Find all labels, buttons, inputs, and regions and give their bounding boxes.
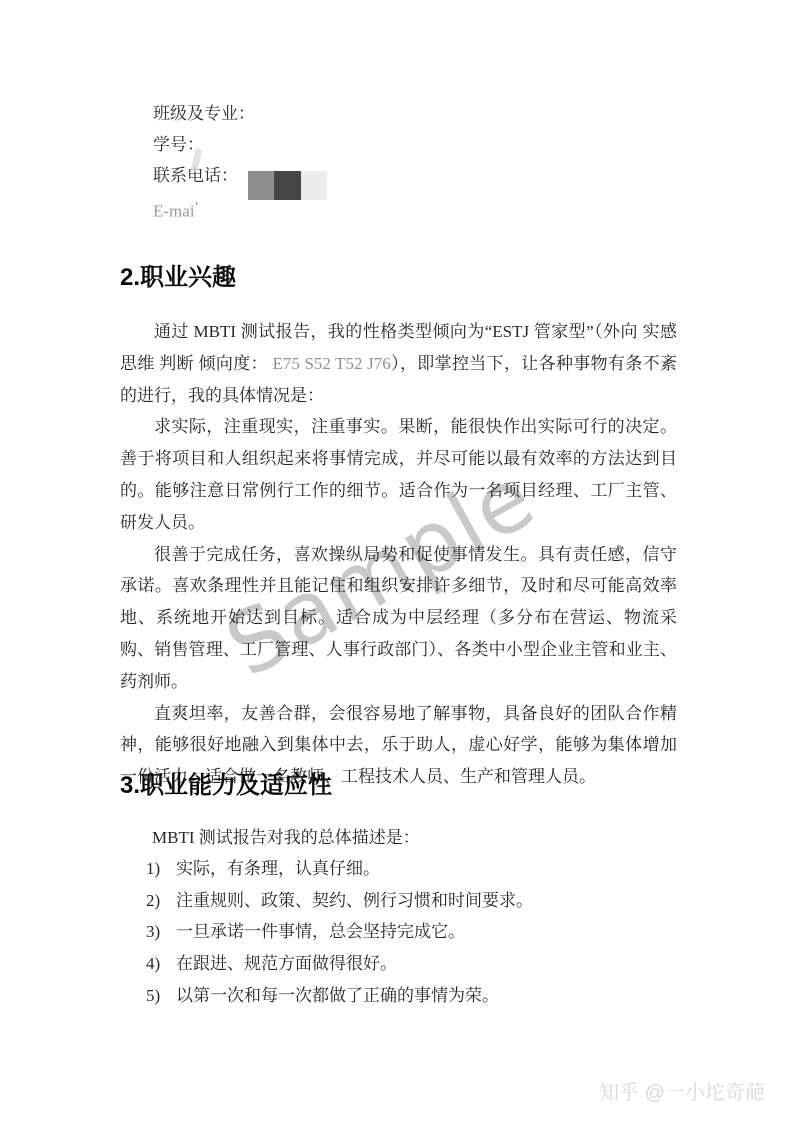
email-label: E-mai’ (153, 191, 255, 227)
phone-label: 联系电话： (153, 160, 255, 191)
section-heading-career-ability: 3.职业能力及适应性 (120, 765, 332, 800)
list-item-number: 4) (146, 948, 176, 980)
redaction-segment-gray (248, 171, 274, 200)
list-item: 4) 在跟进、规范方面做得很好。 (120, 948, 677, 980)
list-item-number: 1) (146, 853, 176, 885)
career-interest-body: 通过 MBTI 测试报告，我的性格类型倾向为“ESTJ 管家型”（外向 实感 思… (120, 316, 677, 793)
paragraph-task-completion: 很善于完成任务，喜欢操纵局势和促使事情发生。具有责任感，信守承诺。喜欢条理性并且… (120, 539, 677, 698)
list-item-number: 5) (146, 980, 176, 1012)
list-item-text: 实际，有条理，认真仔细。 (176, 853, 677, 885)
ability-intro-line: MBTI 测试报告对我的总体描述是： (152, 822, 677, 853)
ability-list: 1) 实际，有条理，认真仔细。 2) 注重规则、政策、契约、例行习惯和时间要求。… (120, 853, 677, 1012)
class-major-label: 班级及专业： (153, 98, 255, 129)
list-item: 5) 以第一次和每一次都做了正确的事情为荣。 (120, 980, 677, 1012)
redaction-segment-light (301, 171, 327, 200)
paragraph-practical: 求实际，注重现实，注重事实。果断，能很快作出实际可行的决定。善于将项目和人组织起… (120, 411, 677, 538)
career-ability-body: MBTI 测试报告对我的总体描述是： 1) 实际，有条理，认真仔细。 2) 注重… (120, 822, 677, 1012)
list-item-number: 3) (146, 916, 176, 948)
list-item: 3) 一旦承诺一件事情，总会坚持完成它。 (120, 916, 677, 948)
list-item-number: 2) (146, 885, 176, 917)
list-item: 2) 注重规则、政策、契约、例行习惯和时间要求。 (120, 885, 677, 917)
section-heading-career-interest: 2.职业兴趣 (120, 257, 236, 292)
document-page: Sample 班级及专业： 学号： 联系电话： E-mai’ 2.职业兴趣 通过… (0, 0, 794, 1122)
redaction-segment-dark (274, 171, 301, 200)
list-item-text: 注重规则、政策、契约、例行习惯和时间要求。 (176, 885, 677, 917)
email-label-text: E-mai (153, 202, 195, 221)
paragraph-mbti-type: 通过 MBTI 测试报告，我的性格类型倾向为“ESTJ 管家型”（外向 实感 思… (120, 316, 677, 411)
zhihu-author-watermark: 知乎 @一小坨奇葩 (599, 1076, 765, 1105)
para1-tendency-scores: E75 S52 T52 J76 (272, 354, 390, 373)
list-item-text: 在跟进、规范方面做得很好。 (176, 948, 677, 980)
list-item-text: 一旦承诺一件事情，总会坚持完成它。 (176, 916, 677, 948)
student-id-label: 学号： (153, 129, 255, 160)
phone-redaction-bar (248, 171, 327, 200)
contact-info-block: 班级及专业： 学号： 联系电话： E-mai’ (153, 98, 255, 227)
list-item: 1) 实际，有条理，认真仔细。 (120, 853, 677, 885)
list-item-text: 以第一次和每一次都做了正确的事情为荣。 (176, 980, 677, 1012)
email-erased-mark: ’ (195, 199, 199, 213)
